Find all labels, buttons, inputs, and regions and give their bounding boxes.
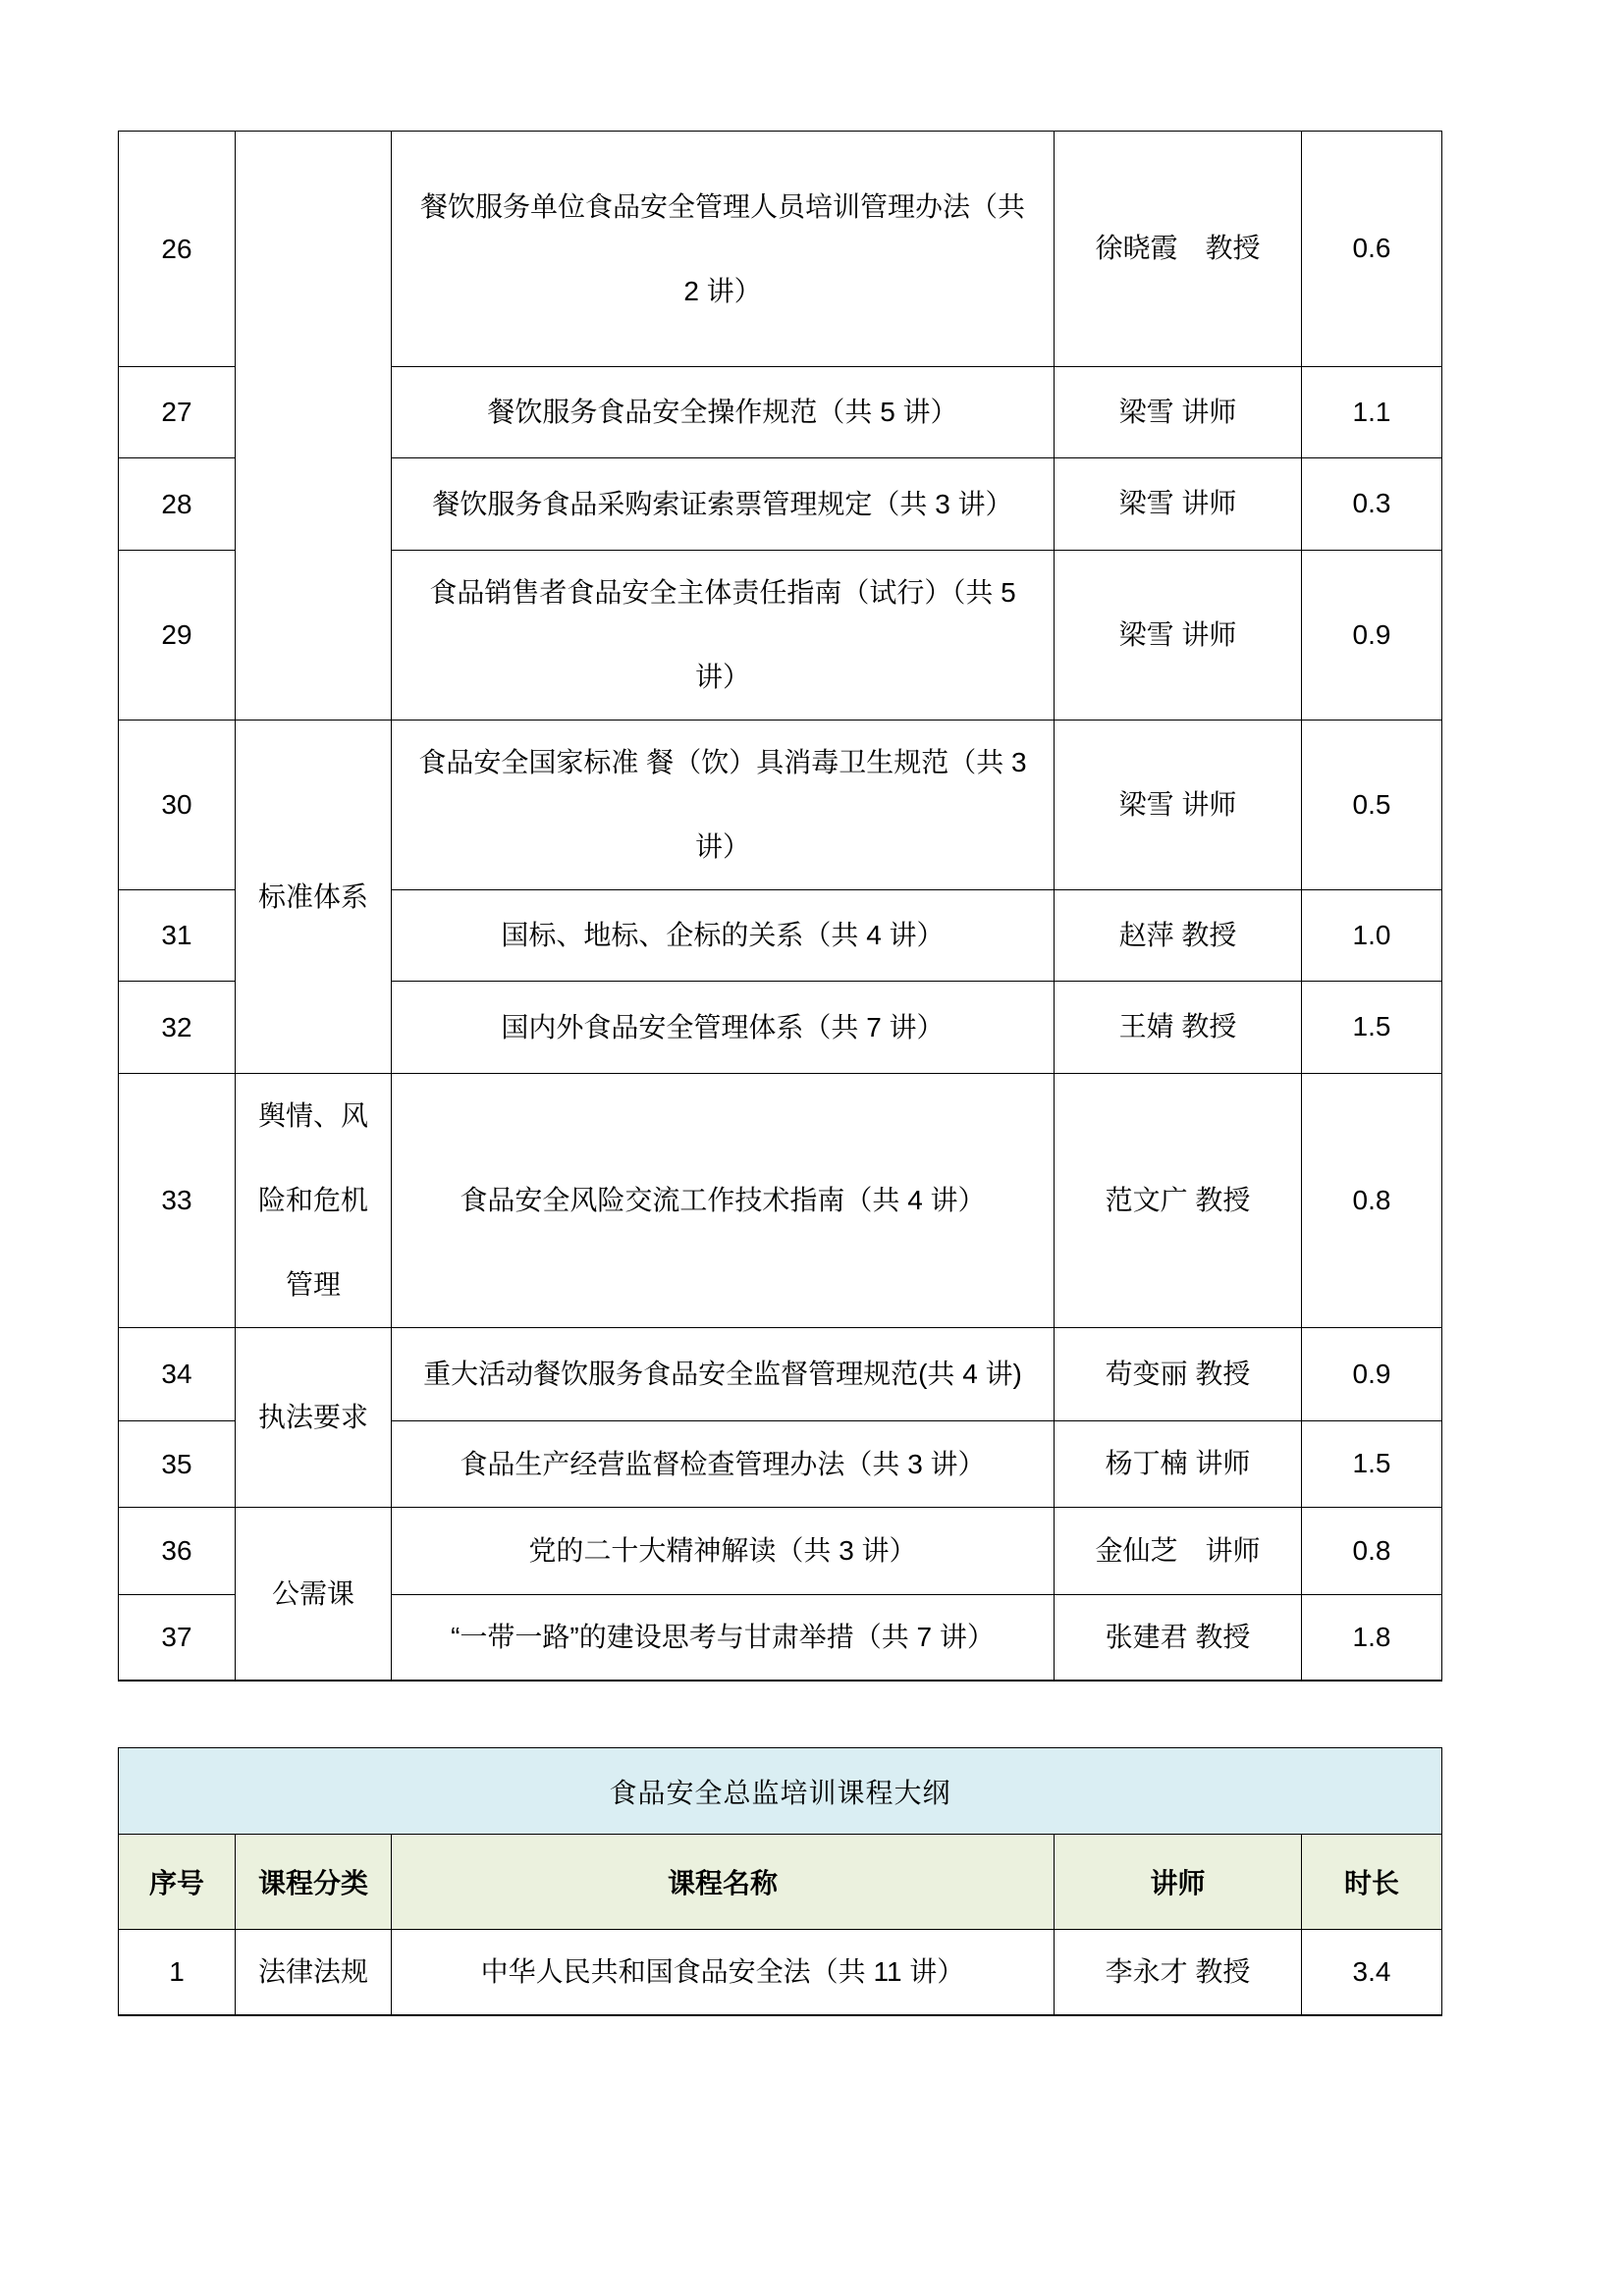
- duration-cell: 0.9: [1302, 551, 1442, 721]
- lecturer-cell: 梁雪 讲师: [1055, 721, 1302, 890]
- duration-cell: 0.8: [1302, 1508, 1442, 1595]
- duration-cell: 0.8: [1302, 1074, 1442, 1328]
- duration-cell: 1.0: [1302, 890, 1442, 982]
- seq-cell: 27: [119, 367, 236, 458]
- seq-cell: 31: [119, 890, 236, 982]
- course-name-cell: 党的二十大精神解读（共 3 讲）: [392, 1508, 1055, 1595]
- lecturer-cell: 梁雪 讲师: [1055, 551, 1302, 721]
- seq-cell: 36: [119, 1508, 236, 1595]
- seq-cell: 34: [119, 1328, 236, 1421]
- course-name-cell: 食品销售者食品安全主体责任指南（试行）（共 5 讲）: [392, 551, 1055, 721]
- category-cell: 法律法规: [236, 1930, 392, 2016]
- director-course-table: 食品安全总监培训课程大纲 序号课程分类课程名称讲师时长 1法律法规中华人民共和国…: [118, 1747, 1442, 2016]
- duration-cell: 1.8: [1302, 1595, 1442, 1682]
- course-name-cell: 餐饮服务食品采购索证索票管理规定（共 3 讲）: [392, 458, 1055, 551]
- document-page: 26餐饮服务单位食品安全管理人员培训管理办法（共 2 讲）徐晓霞 教授0.627…: [0, 0, 1624, 2296]
- seq-cell: 32: [119, 982, 236, 1074]
- duration-cell: 0.6: [1302, 132, 1442, 367]
- course-name-cell: 餐饮服务食品安全操作规范（共 5 讲）: [392, 367, 1055, 458]
- lecturer-cell: 梁雪 讲师: [1055, 367, 1302, 458]
- lecturer-cell: 徐晓霞 教授: [1055, 132, 1302, 367]
- course-name-cell: 食品生产经营监督检查管理办法（共 3 讲）: [392, 1421, 1055, 1508]
- column-header: 课程名称: [392, 1835, 1055, 1930]
- seq-cell: 35: [119, 1421, 236, 1508]
- course-name-cell: 重大活动餐饮服务食品安全监督管理规范(共 4 讲): [392, 1328, 1055, 1421]
- lecturer-cell: 张建君 教授: [1055, 1595, 1302, 1682]
- seq-cell: 1: [119, 1930, 236, 2016]
- lecturer-cell: 王婧 教授: [1055, 982, 1302, 1074]
- course-table-continuation: 26餐饮服务单位食品安全管理人员培训管理办法（共 2 讲）徐晓霞 教授0.627…: [118, 131, 1442, 1682]
- seq-cell: 33: [119, 1074, 236, 1328]
- seq-cell: 29: [119, 551, 236, 721]
- column-header: 讲师: [1055, 1835, 1302, 1930]
- table-title: 食品安全总监培训课程大纲: [119, 1748, 1442, 1835]
- table-row: 33舆情、风险和危机管理食品安全风险交流工作技术指南（共 4 讲）范文广 教授0…: [119, 1074, 1442, 1328]
- duration-cell: 1.1: [1302, 367, 1442, 458]
- duration-cell: 0.5: [1302, 721, 1442, 890]
- category-cell: 舆情、风险和危机管理: [236, 1074, 392, 1328]
- lecturer-cell: 梁雪 讲师: [1055, 458, 1302, 551]
- column-header: 序号: [119, 1835, 236, 1930]
- column-header: 时长: [1302, 1835, 1442, 1930]
- category-cell: 公需课: [236, 1508, 392, 1682]
- column-header: 课程分类: [236, 1835, 392, 1930]
- course-name-cell: 食品安全风险交流工作技术指南（共 4 讲）: [392, 1074, 1055, 1328]
- table-row: 26餐饮服务单位食品安全管理人员培训管理办法（共 2 讲）徐晓霞 教授0.6: [119, 132, 1442, 367]
- lecturer-cell: 金仙芝 讲师: [1055, 1508, 1302, 1595]
- course-name-cell: “一带一路”的建设思考与甘肃举措（共 7 讲）: [392, 1595, 1055, 1682]
- duration-cell: 3.4: [1302, 1930, 1442, 2016]
- lecturer-cell: 范文广 教授: [1055, 1074, 1302, 1328]
- course-name-cell: 中华人民共和国食品安全法（共 11 讲）: [392, 1930, 1055, 2016]
- course-name-cell: 国内外食品安全管理体系（共 7 讲）: [392, 982, 1055, 1074]
- duration-cell: 1.5: [1302, 982, 1442, 1074]
- lecturer-cell: 李永才 教授: [1055, 1930, 1302, 2016]
- seq-cell: 26: [119, 132, 236, 367]
- course-name-cell: 餐饮服务单位食品安全管理人员培训管理办法（共 2 讲）: [392, 132, 1055, 367]
- seq-cell: 37: [119, 1595, 236, 1682]
- duration-cell: 0.3: [1302, 458, 1442, 551]
- course-name-cell: 国标、地标、企标的关系（共 4 讲）: [392, 890, 1055, 982]
- category-cell: [236, 132, 392, 721]
- table-row: 1法律法规中华人民共和国食品安全法（共 11 讲）李永才 教授3.4: [119, 1930, 1442, 2016]
- seq-cell: 28: [119, 458, 236, 551]
- duration-cell: 0.9: [1302, 1328, 1442, 1421]
- course-name-cell: 食品安全国家标准 餐（饮）具消毒卫生规范（共 3 讲）: [392, 721, 1055, 890]
- table-row: 30标准体系食品安全国家标准 餐（饮）具消毒卫生规范（共 3 讲）梁雪 讲师0.…: [119, 721, 1442, 890]
- table-title-row: 食品安全总监培训课程大纲: [119, 1748, 1442, 1835]
- lecturer-cell: 杨丁楠 讲师: [1055, 1421, 1302, 1508]
- table-row: 34执法要求重大活动餐饮服务食品安全监督管理规范(共 4 讲)苟变丽 教授0.9: [119, 1328, 1442, 1421]
- lecturer-cell: 赵萍 教授: [1055, 890, 1302, 982]
- duration-cell: 1.5: [1302, 1421, 1442, 1508]
- seq-cell: 30: [119, 721, 236, 890]
- category-cell: 执法要求: [236, 1328, 392, 1508]
- category-cell: 标准体系: [236, 721, 392, 1074]
- table-row: 36公需课党的二十大精神解读（共 3 讲）金仙芝 讲师0.8: [119, 1508, 1442, 1595]
- lecturer-cell: 苟变丽 教授: [1055, 1328, 1302, 1421]
- table-header-row: 序号课程分类课程名称讲师时长: [119, 1835, 1442, 1930]
